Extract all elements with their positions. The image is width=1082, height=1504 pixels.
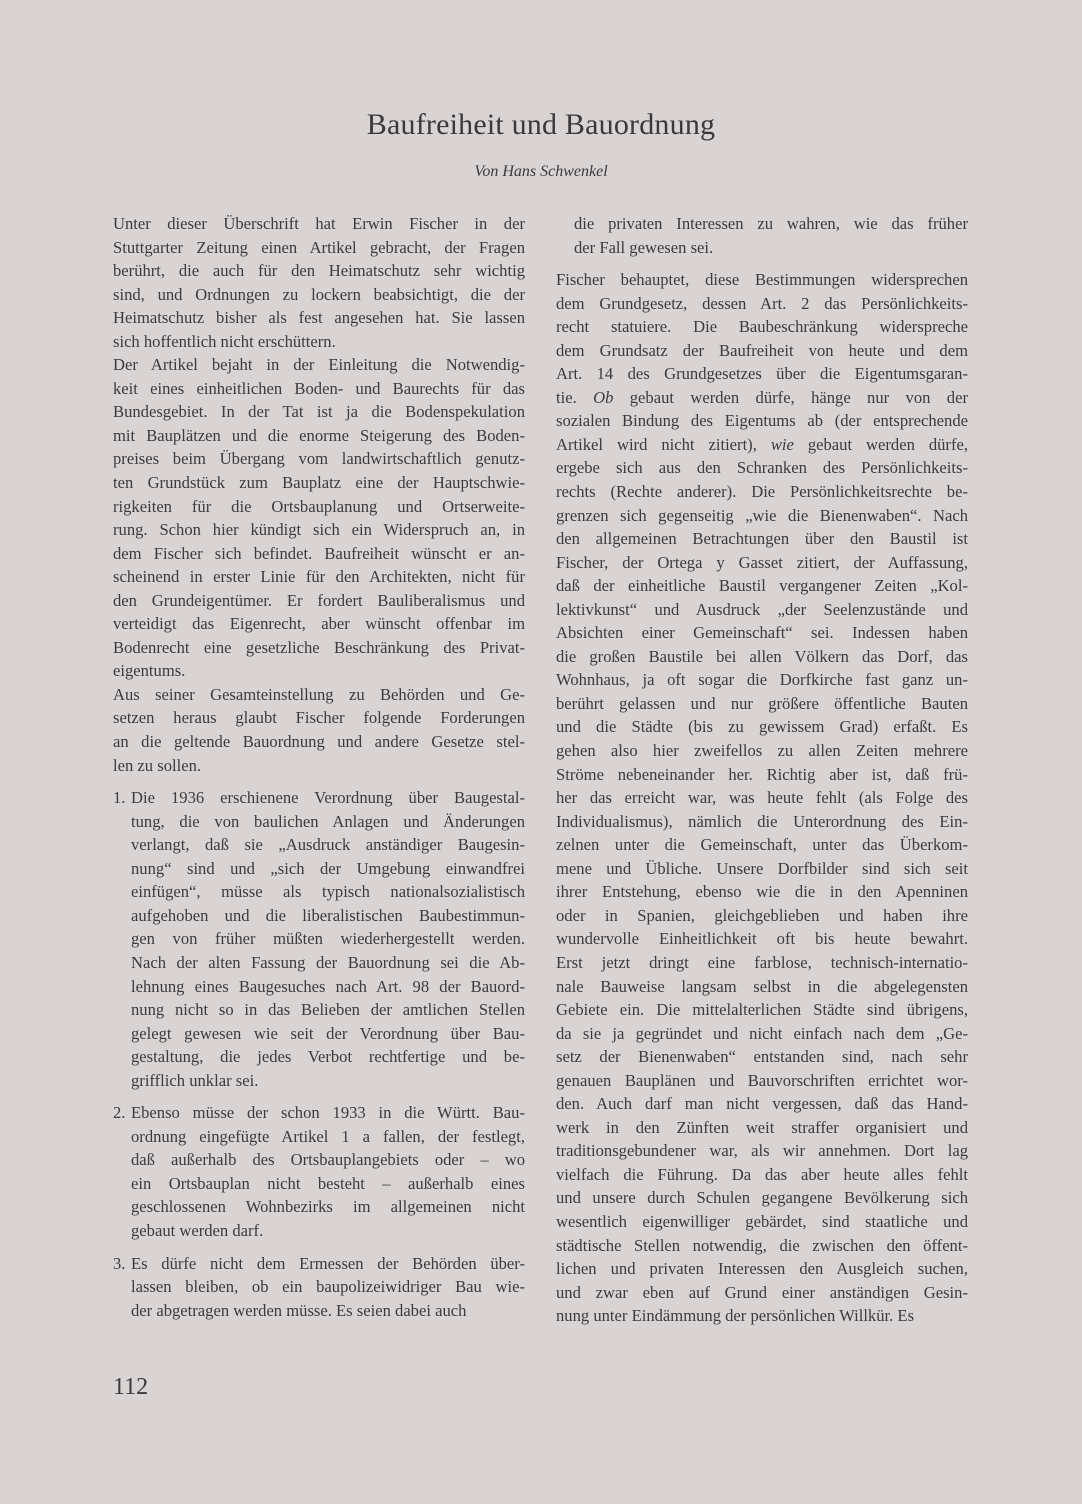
text-line: Heimatschutz bisher als fest angesehen h… [113,306,525,330]
right-column: die privaten Interessen zu wahren, wie d… [556,212,968,1328]
text-line: städtische Stellen notwendig, die zwisch… [556,1234,968,1258]
text-line: die großen Baustile bei allen Völkern da… [556,645,968,669]
text-line: der abgetragen werden müsse. Es seien da… [131,1299,525,1323]
text-line: scheinend in erster Linie für den Archit… [113,565,525,589]
text-line: Art. 14 des Grundgesetzes über die Eigen… [556,362,968,386]
text-line: da sie ja gegründet und nicht einfach na… [556,1022,968,1046]
paragraph-fischer: Fischer behauptet, diese Bestimmungen wi… [556,268,968,1328]
list-item-2: 2. Ebenso müsse der schon 1933 in die Wü… [113,1101,525,1242]
text-line: dem Grundsatz der Baufreiheit von heute … [556,339,968,363]
text-line: sich hoffentlich nicht erschüttern. [113,330,525,354]
text-line: lektivkunst“ und Ausdruck „der Seelenzus… [556,598,968,622]
text-line: lassen bleiben, ob ein baupolizeiwidrige… [131,1275,525,1299]
text-line: her das erreicht war, was heute fehlt (a… [556,786,968,810]
text-line: verteidigt das Eigenrecht, aber wünscht … [113,612,525,636]
text-line: Die 1936 erschienene Verordnung über Bau… [131,786,525,810]
list-item-text: Ebenso müsse der schon 1933 in die Württ… [131,1101,525,1242]
text-line: rechts (Rechte anderer). Die Persönlichk… [556,480,968,504]
text-line: gelegt gewesen wie seit der Verordnung ü… [131,1022,525,1046]
text-line: und zwar eben auf Grund einer anständige… [556,1281,968,1305]
left-column: Unter dieser Überschrift hat Erwin Fisch… [113,212,525,1322]
text-line: grifflich unklar sei. [131,1069,525,1093]
list-item-text: Es dürfe nicht dem Ermessen der Behörden… [131,1252,525,1323]
text-line: Absichten einer Gemeinschaft“ sei. Indes… [556,621,968,645]
text-line: dem Grundgesetz, dessen Art. 2 das Persö… [556,292,968,316]
text-line: eigentums. [113,659,525,683]
text-line: sozialen Bindung des Eigentums ab (der e… [556,409,968,433]
text-line: werk in den Zünften weit straffer organi… [556,1116,968,1140]
paragraph-artikel: Der Artikel bejaht in der Einleitung die… [113,353,525,683]
text-line: traditionsgebundener war, als wir annehm… [556,1139,968,1163]
paragraph-forderungen: Aus seiner Gesamteinstellung zu Behörden… [113,683,525,777]
text-line: verlangt, daß sie „Ausdruck anständiger … [131,833,525,857]
text-line: Individualismus), nämlich die Unterordnu… [556,810,968,834]
text-line: tie. Ob gebaut werden dürfe, hänge nur v… [556,386,968,410]
text-line: grenzen sich gegenseitig „wie die Bienen… [556,504,968,528]
text-line: lehnung eines Baugesuches nach Art. 98 d… [131,975,525,999]
text-line: nale Bauweise langsam selbst in die abge… [556,975,968,999]
text-line: Stuttgarter Zeitung einen Artikel gebrac… [113,236,525,260]
list-item-text: Die 1936 erschienene Verordnung über Bau… [131,786,525,1092]
text-line: wesentlich eigenwilliger gebärdet, sind … [556,1210,968,1234]
text-line: ihrer Entstehung, ebenso wie die in den … [556,880,968,904]
text-line: Unter dieser Überschrift hat Erwin Fisch… [113,212,525,236]
text-line: ergebe sich aus den Schranken des Persön… [556,456,968,480]
paragraph-intro: Unter dieser Überschrift hat Erwin Fisch… [113,212,525,353]
text-line: setzen heraus glaubt Fischer folgende Fo… [113,706,525,730]
article-byline: Von Hans Schwenkel [0,163,1082,181]
text-line: tung, die von baulichen Anlagen und Ände… [131,810,525,834]
list-item-3-continued: die privaten Interessen zu wahren, wie d… [556,212,968,259]
text-line: den. Auch darf man nicht vergessen, daß … [556,1092,968,1116]
text-line: Nach der alten Fassung der Bauordnung se… [131,951,525,975]
text-line: Bundesgebiet. In der Tat ist ja die Bode… [113,400,525,424]
text-line: vielfach die Führung. Da das aber heute … [556,1163,968,1187]
text-line: wundervolle Einheitlichkeit oft bis heut… [556,927,968,951]
text-line: Bodenrecht eine gesetzliche Beschränkung… [113,636,525,660]
text-line: len zu sollen. [113,754,525,778]
text-line: Es dürfe nicht dem Ermessen der Behörden… [131,1252,525,1276]
text-line: Artikel wird nicht zitiert), wie gebaut … [556,433,968,457]
text-line: die privaten Interessen zu wahren, wie d… [574,212,968,236]
text-line: zelnen unter die Gemeinschaft, unter das… [556,833,968,857]
text-line: dem Fischer sich befindet. Baufreiheit w… [113,542,525,566]
text-line: Aus seiner Gesamteinstellung zu Behörden… [113,683,525,707]
text-line: daß der einheitliche Baustil vergangener… [556,574,968,598]
text-line: Fischer behauptet, diese Bestimmungen wi… [556,268,968,292]
text-line: Erst jetzt dringt eine farblose, technis… [556,951,968,975]
text-line: gen von früher müßten wiederhergestellt … [131,927,525,951]
text-line: berührt, die auch für den Heimatschutz s… [113,259,525,283]
text-line: gehen also hier zweifellos zu allen Zeit… [556,739,968,763]
text-line: nung“ sind und „sich der Umgebung einwan… [131,857,525,881]
text-line: gebaut werden darf. [131,1219,525,1243]
text-line: gestaltung, die jedes Verbot rechtfertig… [131,1045,525,1069]
text-line: Wohnhaus, ja oft sogar die Dorfkirche fa… [556,668,968,692]
text-line: ten Grundstück zum Bauplatz eine der Hau… [113,471,525,495]
text-line: oder in Spanien, gleichgeblieben und hab… [556,904,968,928]
text-line: Ebenso müsse der schon 1933 in die Württ… [131,1101,525,1125]
page-number: 112 [113,1374,148,1401]
text-line: und unsere durch Schulen gegangene Bevöl… [556,1186,968,1210]
text-line: rung. Schon hier kündigt sich ein Widers… [113,518,525,542]
text-line: mit Bauplätzen und die enorme Steigerung… [113,424,525,448]
text-line: einfügen“, müsse als typisch nationalsoz… [131,880,525,904]
text-line: an die geltende Bauordnung und andere Ge… [113,730,525,754]
text-line: nung nicht so in das Belieben der amtlic… [131,998,525,1022]
text-line: recht statuiere. Die Baubeschränkung wid… [556,315,968,339]
text-line: berührt gelassen und nur größere öffentl… [556,692,968,716]
text-line: den allgemeinen Betrachtungen über den B… [556,527,968,551]
text-line: setz der Bienenwaben“ entstanden sind, n… [556,1045,968,1069]
text-line: mene und Übliche. Unsere Dorfbilder sind… [556,857,968,881]
text-line: den Grundeigentümer. Er fordert Bauliber… [113,589,525,613]
text-line: Der Artikel bejaht in der Einleitung die… [113,353,525,377]
text-line: Gebiete ein. Die mittelalterlichen Städt… [556,998,968,1022]
text-line: preises beim Übergang vom landwirtschaft… [113,447,525,471]
text-line: Ströme nebeneinander her. Richtig aber i… [556,763,968,787]
list-item-1: 1. Die 1936 erschienene Verordnung über … [113,786,525,1092]
list-number: 1. [113,786,125,810]
text-line: nung unter Eindämmung der persönlichen W… [556,1304,968,1328]
text-line: ordnung eingefügte Artikel 1 a fallen, d… [131,1125,525,1149]
text-line: daß außerhalb des Ortsbauplangebiets ode… [131,1148,525,1172]
text-line: sind, und Ordnungen zu lockern beabsicht… [113,283,525,307]
text-line: keit eines einheitlichen Boden- und Baur… [113,377,525,401]
text-line: geschlossenen Wohnbezirks im allgemeinen… [131,1195,525,1219]
list-number: 3. [113,1252,125,1276]
text-line: der Fall gewesen sei. [574,236,968,260]
text-line: Fischer, der Ortega y Gasset zitiert, de… [556,551,968,575]
article-title: Baufreiheit und Bauordnung [0,108,1082,142]
text-line: und die Städte (bis zu gewissem Grad) er… [556,715,968,739]
text-line: ein Ortsbauplan nicht besteht – außerhal… [131,1172,525,1196]
text-line: lichen und privaten Interessen den Ausgl… [556,1257,968,1281]
text-line: aufgehoben und die liberalistischen Baub… [131,904,525,928]
text-line: rigkeiten für die Ortsbauplanung und Ort… [113,495,525,519]
list-number: 2. [113,1101,125,1125]
text-line: genauen Bauplänen und Bauvorschriften er… [556,1069,968,1093]
list-item-3: 3. Es dürfe nicht dem Ermessen der Behör… [113,1252,525,1323]
